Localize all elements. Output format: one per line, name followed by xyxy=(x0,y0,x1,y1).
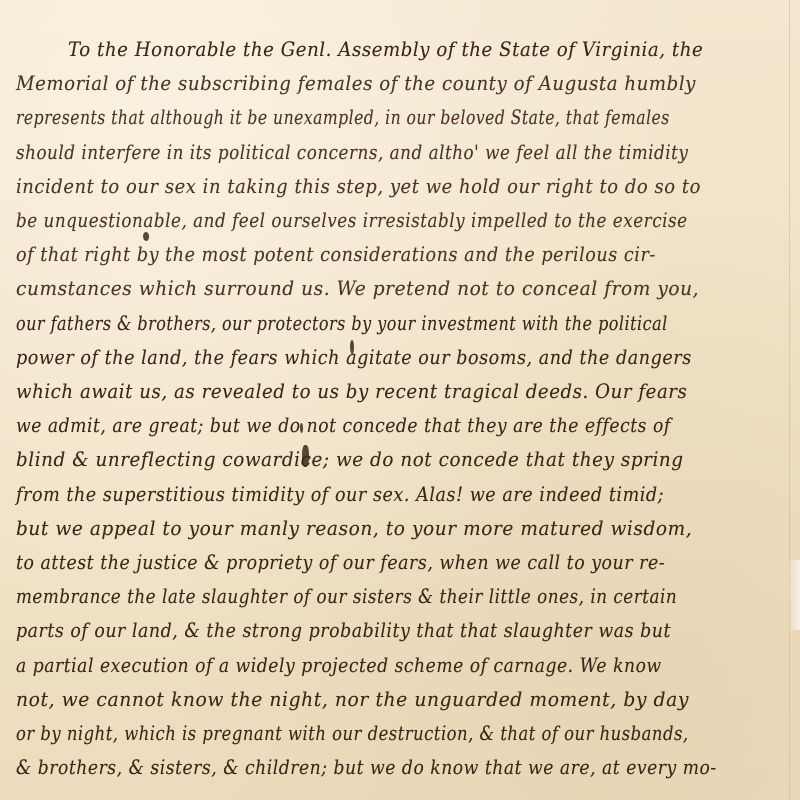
paper-fold-line xyxy=(789,0,790,800)
manuscript-line: of that right by the most potent conside… xyxy=(16,243,656,266)
manuscript-line: should interfere in its political concer… xyxy=(16,141,688,164)
manuscript-line: power of the land, the fears which agita… xyxy=(16,346,692,369)
paper-edge-wear xyxy=(788,560,800,630)
manuscript-line: we admit, are great; but we do not conce… xyxy=(16,414,671,437)
manuscript-line: which await us, as revealed to us by rec… xyxy=(16,380,687,403)
ink-blot xyxy=(143,232,149,241)
manuscript-line: To the Honorable the Genl. Assembly of t… xyxy=(68,38,703,61)
manuscript-line: blind & unreflecting cowardice; we do no… xyxy=(16,448,684,471)
manuscript-line: parts of our land, & the strong probabil… xyxy=(16,619,671,642)
manuscript-line: represents that although it be unexample… xyxy=(16,106,670,129)
manuscript-line: & brothers, & sisters, & children; but w… xyxy=(16,756,717,779)
manuscript-line: cumstances which surround us. We pretend… xyxy=(16,277,699,300)
manuscript-line: from the superstitious timidity of our s… xyxy=(16,483,664,506)
manuscript-line: be unquestionable, and feel ourselves ir… xyxy=(16,209,688,232)
manuscript-line: incident to our sex in taking this step,… xyxy=(16,175,701,198)
manuscript-line: or by night, which is pregnant with our … xyxy=(16,722,689,745)
manuscript-page: To the Honorable the Genl. Assembly of t… xyxy=(0,0,800,800)
manuscript-line: to attest the justice & propriety of our… xyxy=(16,551,665,574)
manuscript-line: Memorial of the subscribing females of t… xyxy=(16,72,696,95)
manuscript-line: but we appeal to your manly reason, to y… xyxy=(16,517,692,540)
manuscript-line: a partial execution of a widely projecte… xyxy=(16,654,662,677)
manuscript-line: membrance the late slaughter of our sist… xyxy=(16,585,677,608)
manuscript-line: our fathers & brothers, our protectors b… xyxy=(16,312,668,335)
manuscript-line: not, we cannot know the night, nor the u… xyxy=(16,688,689,711)
